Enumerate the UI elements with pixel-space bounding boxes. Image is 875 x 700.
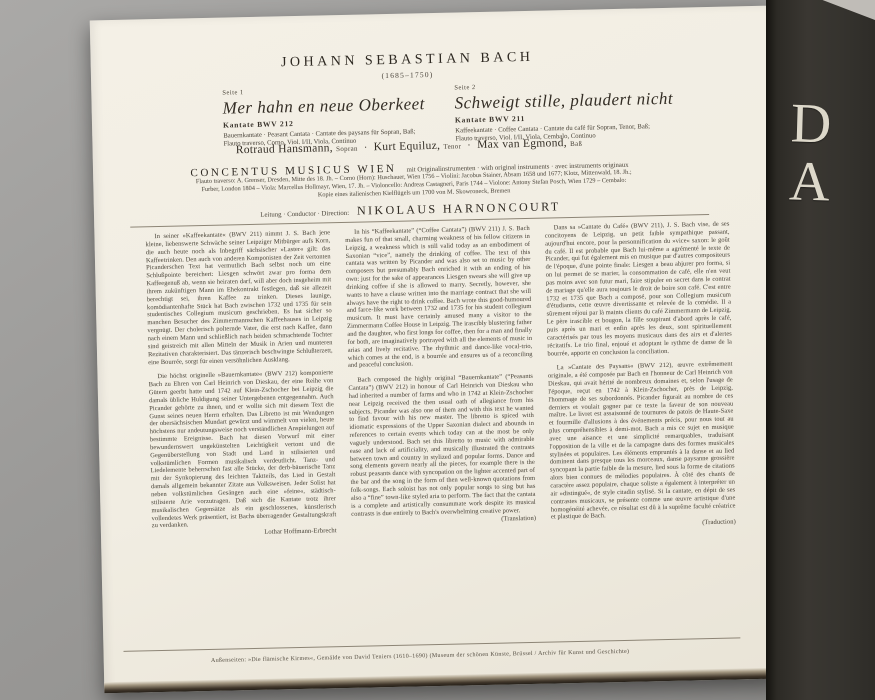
cover-bottom-edge-shadow [104,668,781,694]
conductor-label: Leitung · Conductor · Direction: [260,210,349,219]
german-paragraph-1: In seiner »Kaffeekantate« (BWV 211) nimm… [145,229,333,366]
french-paragraph-2: La »Cantate des Paysans« (BWV 212), œuvr… [548,361,736,522]
album-back-cover: JOHANN SEBASTIAN BACH (1685–1750) Seite … [90,6,782,694]
side-1-title: Mer hahn en neue Oberkeet [222,94,454,119]
conductor-name: NIKOLAUS HARNONCOURT [353,199,561,218]
german-paragraph-2: Die höchst originelle »Bauernkantate« (B… [148,370,336,531]
liner-notes-german: In seiner »Kaffeekantate« (BWV 211) nimm… [145,229,336,539]
performer-name: Rotraud Hansmann, [236,142,333,156]
performer-role: Tenor [443,142,461,150]
spine-letter-a: A [788,153,832,212]
separator-dot: · [361,142,371,153]
english-paragraph-2: Bach composed the highly original “Bauer… [348,373,536,518]
performer-role: Sopran [336,145,358,153]
performer-role: Baß [570,140,582,148]
backdrop-sliver [811,0,875,20]
performer-name: Kurt Equiluz, [374,140,441,153]
performer-name: Max van Egmond, [477,137,567,151]
separator-dot: · [464,140,474,151]
liner-notes-english: In his “Kaffeekantate” (“Coffee Cantata”… [345,225,536,535]
liner-notes-columns: In seiner »Kaffeekantate« (BWV 211) nimm… [145,221,736,540]
french-paragraph-1: Dans sa »Cantate du Café« (BWV 211), J. … [545,221,733,358]
english-paragraph-1: In his “Kaffeekantate” (“Coffee Cantata”… [345,225,533,370]
record-slipcase-spine: D A [766,0,875,700]
spine-letter-d: D [790,95,834,154]
das-alte-werk-logo-letters: D A [788,95,834,212]
photo-backdrop: JOHANN SEBASTIAN BACH (1685–1750) Seite … [0,0,875,700]
liner-notes-french: Dans sa »Cantate du Café« (BWV 211), J. … [545,221,736,531]
